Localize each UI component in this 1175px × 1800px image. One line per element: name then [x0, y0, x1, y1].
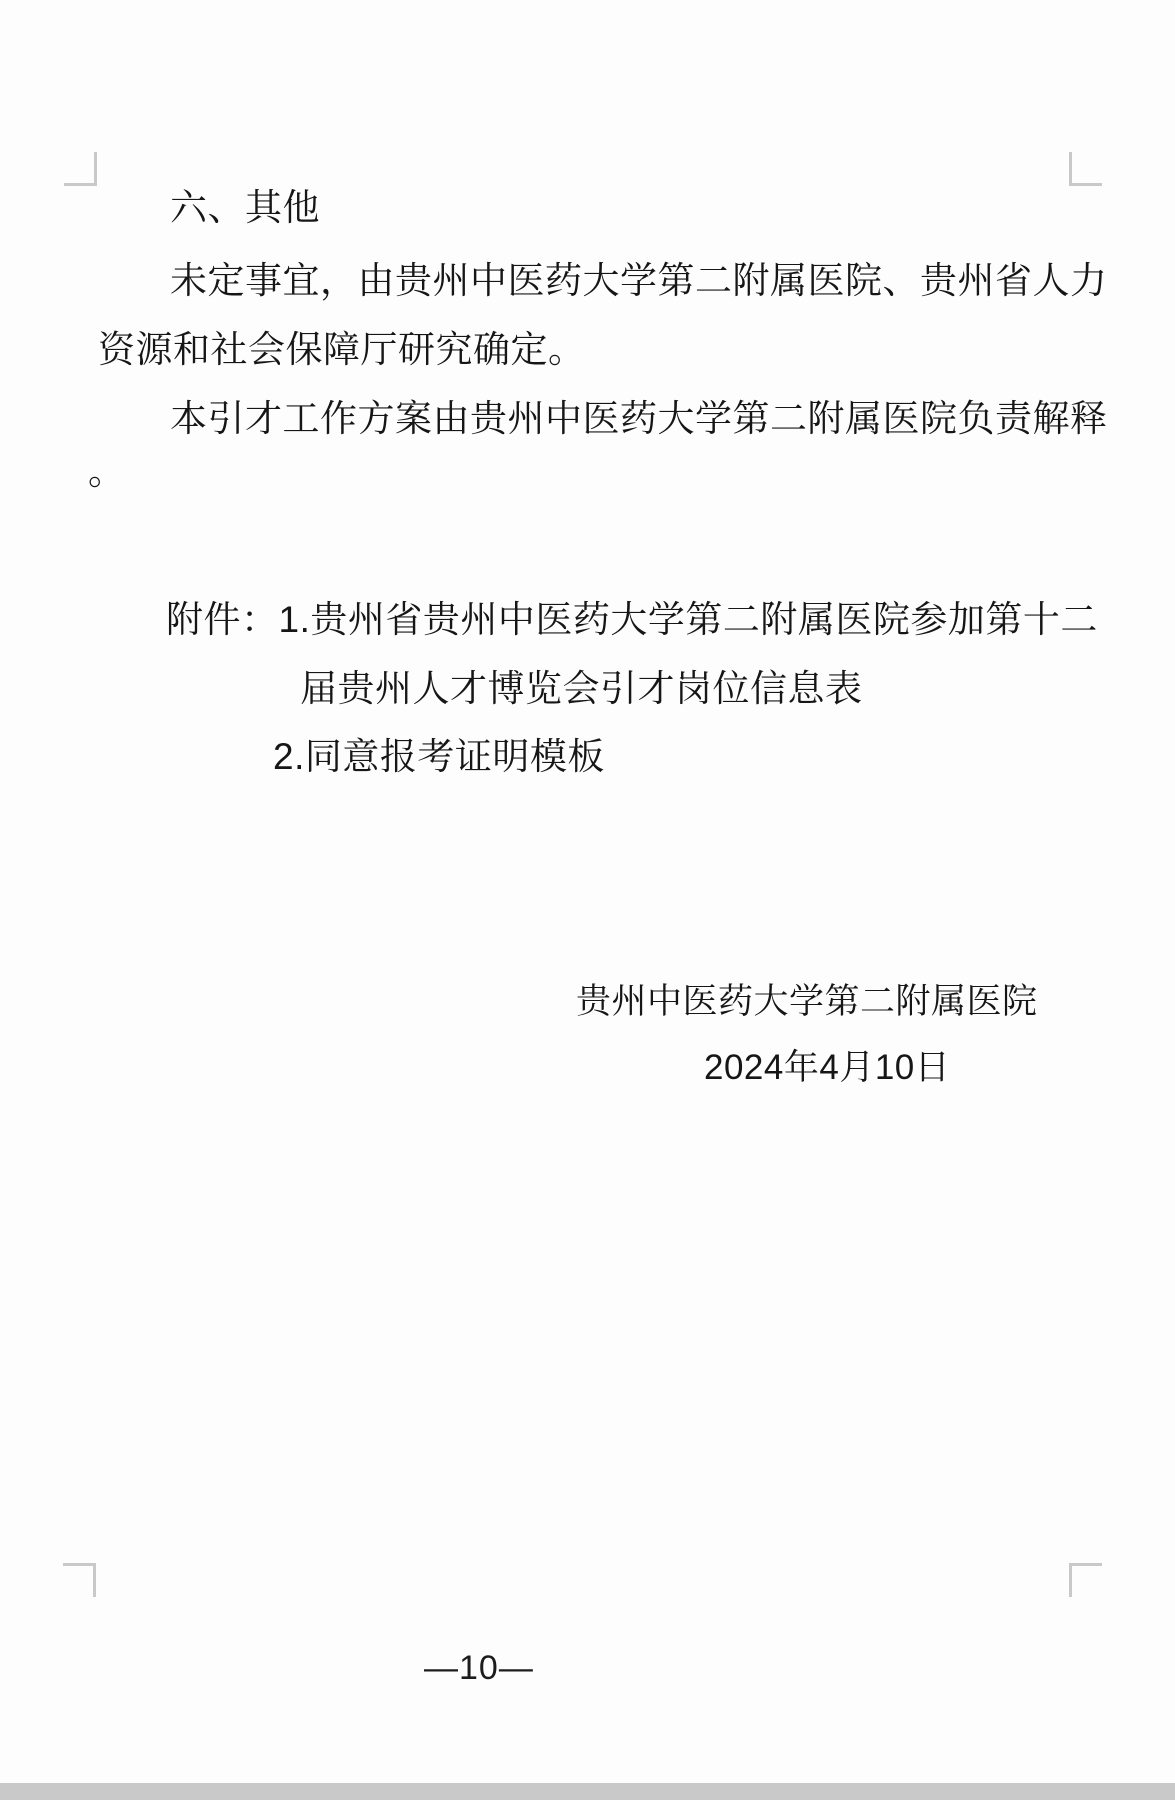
- attachment-item1-line1: 1.贵州省贵州中医药大学第二附属医院参加第十二: [279, 599, 1098, 640]
- attachments-line1: 附件：1.贵州省贵州中医药大学第二附属医院参加第十二: [166, 600, 1098, 641]
- crop-mark-bottom-left-icon: [63, 1563, 96, 1597]
- page-number: —10—: [424, 1650, 534, 1687]
- signature-organization: 贵州中医药大学第二附属医院: [576, 983, 1038, 1022]
- crop-mark-top-left-icon: [64, 152, 97, 186]
- attachment-item1-line2: 届贵州人才博览会引才岗位信息表: [300, 669, 863, 710]
- paragraph2-line2: 。: [88, 452, 126, 493]
- document-page: 六、其他 未定事宜，由贵州中医药大学第二附属医院、贵州省人力 资源和社会保障厅研…: [0, 0, 1175, 1800]
- paragraph1-line1: 未定事宜，由贵州中医药大学第二附属医院、贵州省人力: [170, 261, 1108, 302]
- section-heading: 六、其他: [170, 188, 320, 229]
- crop-mark-top-right-icon: [1069, 152, 1102, 186]
- attachments-label: 附件：: [166, 599, 279, 640]
- crop-mark-bottom-right-icon: [1069, 1563, 1102, 1597]
- scan-edge-bar: [0, 1783, 1175, 1800]
- paragraph2-line1: 本引才工作方案由贵州中医药大学第二附属医院负责解释: [170, 399, 1108, 440]
- signature-date: 2024年4月10日: [704, 1049, 950, 1088]
- attachment-item2: 2.同意报考证明模板: [273, 737, 605, 778]
- paragraph1-line2: 资源和社会保障厅研究确定。: [98, 330, 586, 371]
